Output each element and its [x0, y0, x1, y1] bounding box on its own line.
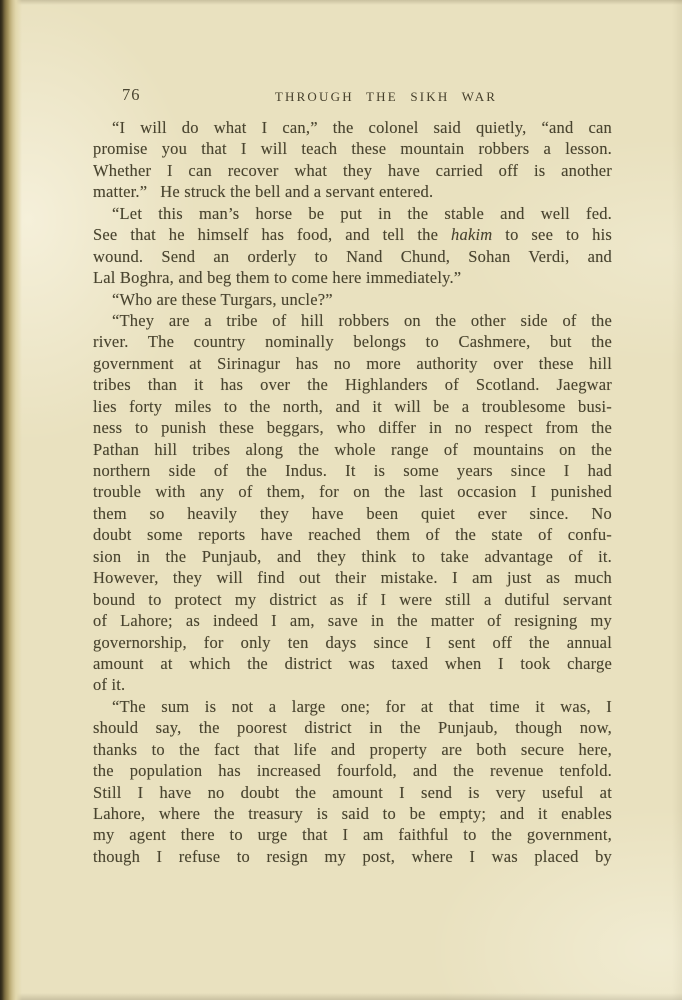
text-line: Lal Boghra, and beg them to come here im… [93, 267, 612, 288]
text-line: northern side of the Indus. It is some y… [93, 460, 612, 481]
running-header: THROUGH THE SIKH WAR [275, 89, 497, 105]
text-line: wound. Send an orderly to Nand Chund, So… [93, 246, 612, 267]
paragraph: “Who are these Turgars, uncle?” [93, 289, 612, 310]
text-line: government at Sirinagur has no more auth… [93, 353, 612, 374]
text-line: my agent there to urge that I am faithfu… [93, 824, 612, 845]
paragraph: “They are a tribe of hill robbers on the… [93, 310, 612, 696]
book-page-scan: 76 THROUGH THE SIKH WAR “I will do what … [0, 0, 682, 1000]
paragraph: “Let this man’s horse be put in the stab… [93, 203, 612, 289]
text-line: thanks to the fact that life and propert… [93, 739, 612, 760]
text-line: Pathan hill tribes along the whole range… [93, 439, 612, 460]
text-line: river. The country nominally belongs to … [93, 331, 612, 352]
text-line: the population has increased fourfold, a… [93, 760, 612, 781]
text-line: sion in the Punjaub, and they think to t… [93, 546, 612, 567]
paragraph: “I will do what I can,” the colonel said… [93, 117, 612, 203]
text-line: bound to protect my district as if I wer… [93, 589, 612, 610]
text-line: “Who are these Turgars, uncle?” [93, 289, 612, 310]
text-line: though I refuse to resign my post, where… [93, 846, 612, 867]
binding-edge [0, 0, 22, 1000]
text-line: of Lahore; as indeed I am, save in the m… [93, 610, 612, 631]
text-line: of it. [93, 674, 612, 695]
text-line: “They are a tribe of hill robbers on the… [93, 310, 612, 331]
text-line: promise you that I will teach these moun… [93, 138, 612, 159]
paragraph: “The sum is not a large one; for at that… [93, 696, 612, 868]
text-line: lies forty miles to the north, and it wi… [93, 396, 612, 417]
page-number: 76 [122, 85, 141, 105]
text-line: See that he himself has food, and tell t… [93, 224, 612, 245]
text-line: “The sum is not a large one; for at that… [93, 696, 612, 717]
text-line: ness to punish these beggars, who differ… [93, 417, 612, 438]
text-block: “I will do what I can,” the colonel said… [93, 117, 612, 867]
text-line: Still I have no doubt the amount I send … [93, 782, 612, 803]
text-line: doubt some reports have reached them of … [93, 524, 612, 545]
text-line: Whether I can recover what they have car… [93, 160, 612, 181]
text-line: “I will do what I can,” the colonel said… [93, 117, 612, 138]
text-line: “Let this man’s horse be put in the stab… [93, 203, 612, 224]
italic-word: hakim [451, 225, 492, 244]
text-line: matter.” He struck the bell and a servan… [93, 181, 612, 202]
text-line: Lahore, where the treasury is said to be… [93, 803, 612, 824]
text-line: governorship, for only ten days since I … [93, 632, 612, 653]
text-line: should say, the poorest district in the … [93, 717, 612, 738]
text-line: However, they will find out their mistak… [93, 567, 612, 588]
text-line: trouble with any of them, for on the las… [93, 481, 612, 502]
text-line: tribes than it has over the Highlanders … [93, 374, 612, 395]
text-line: amount at which the district was taxed w… [93, 653, 612, 674]
text-line: them so heavily they have been quiet eve… [93, 503, 612, 524]
